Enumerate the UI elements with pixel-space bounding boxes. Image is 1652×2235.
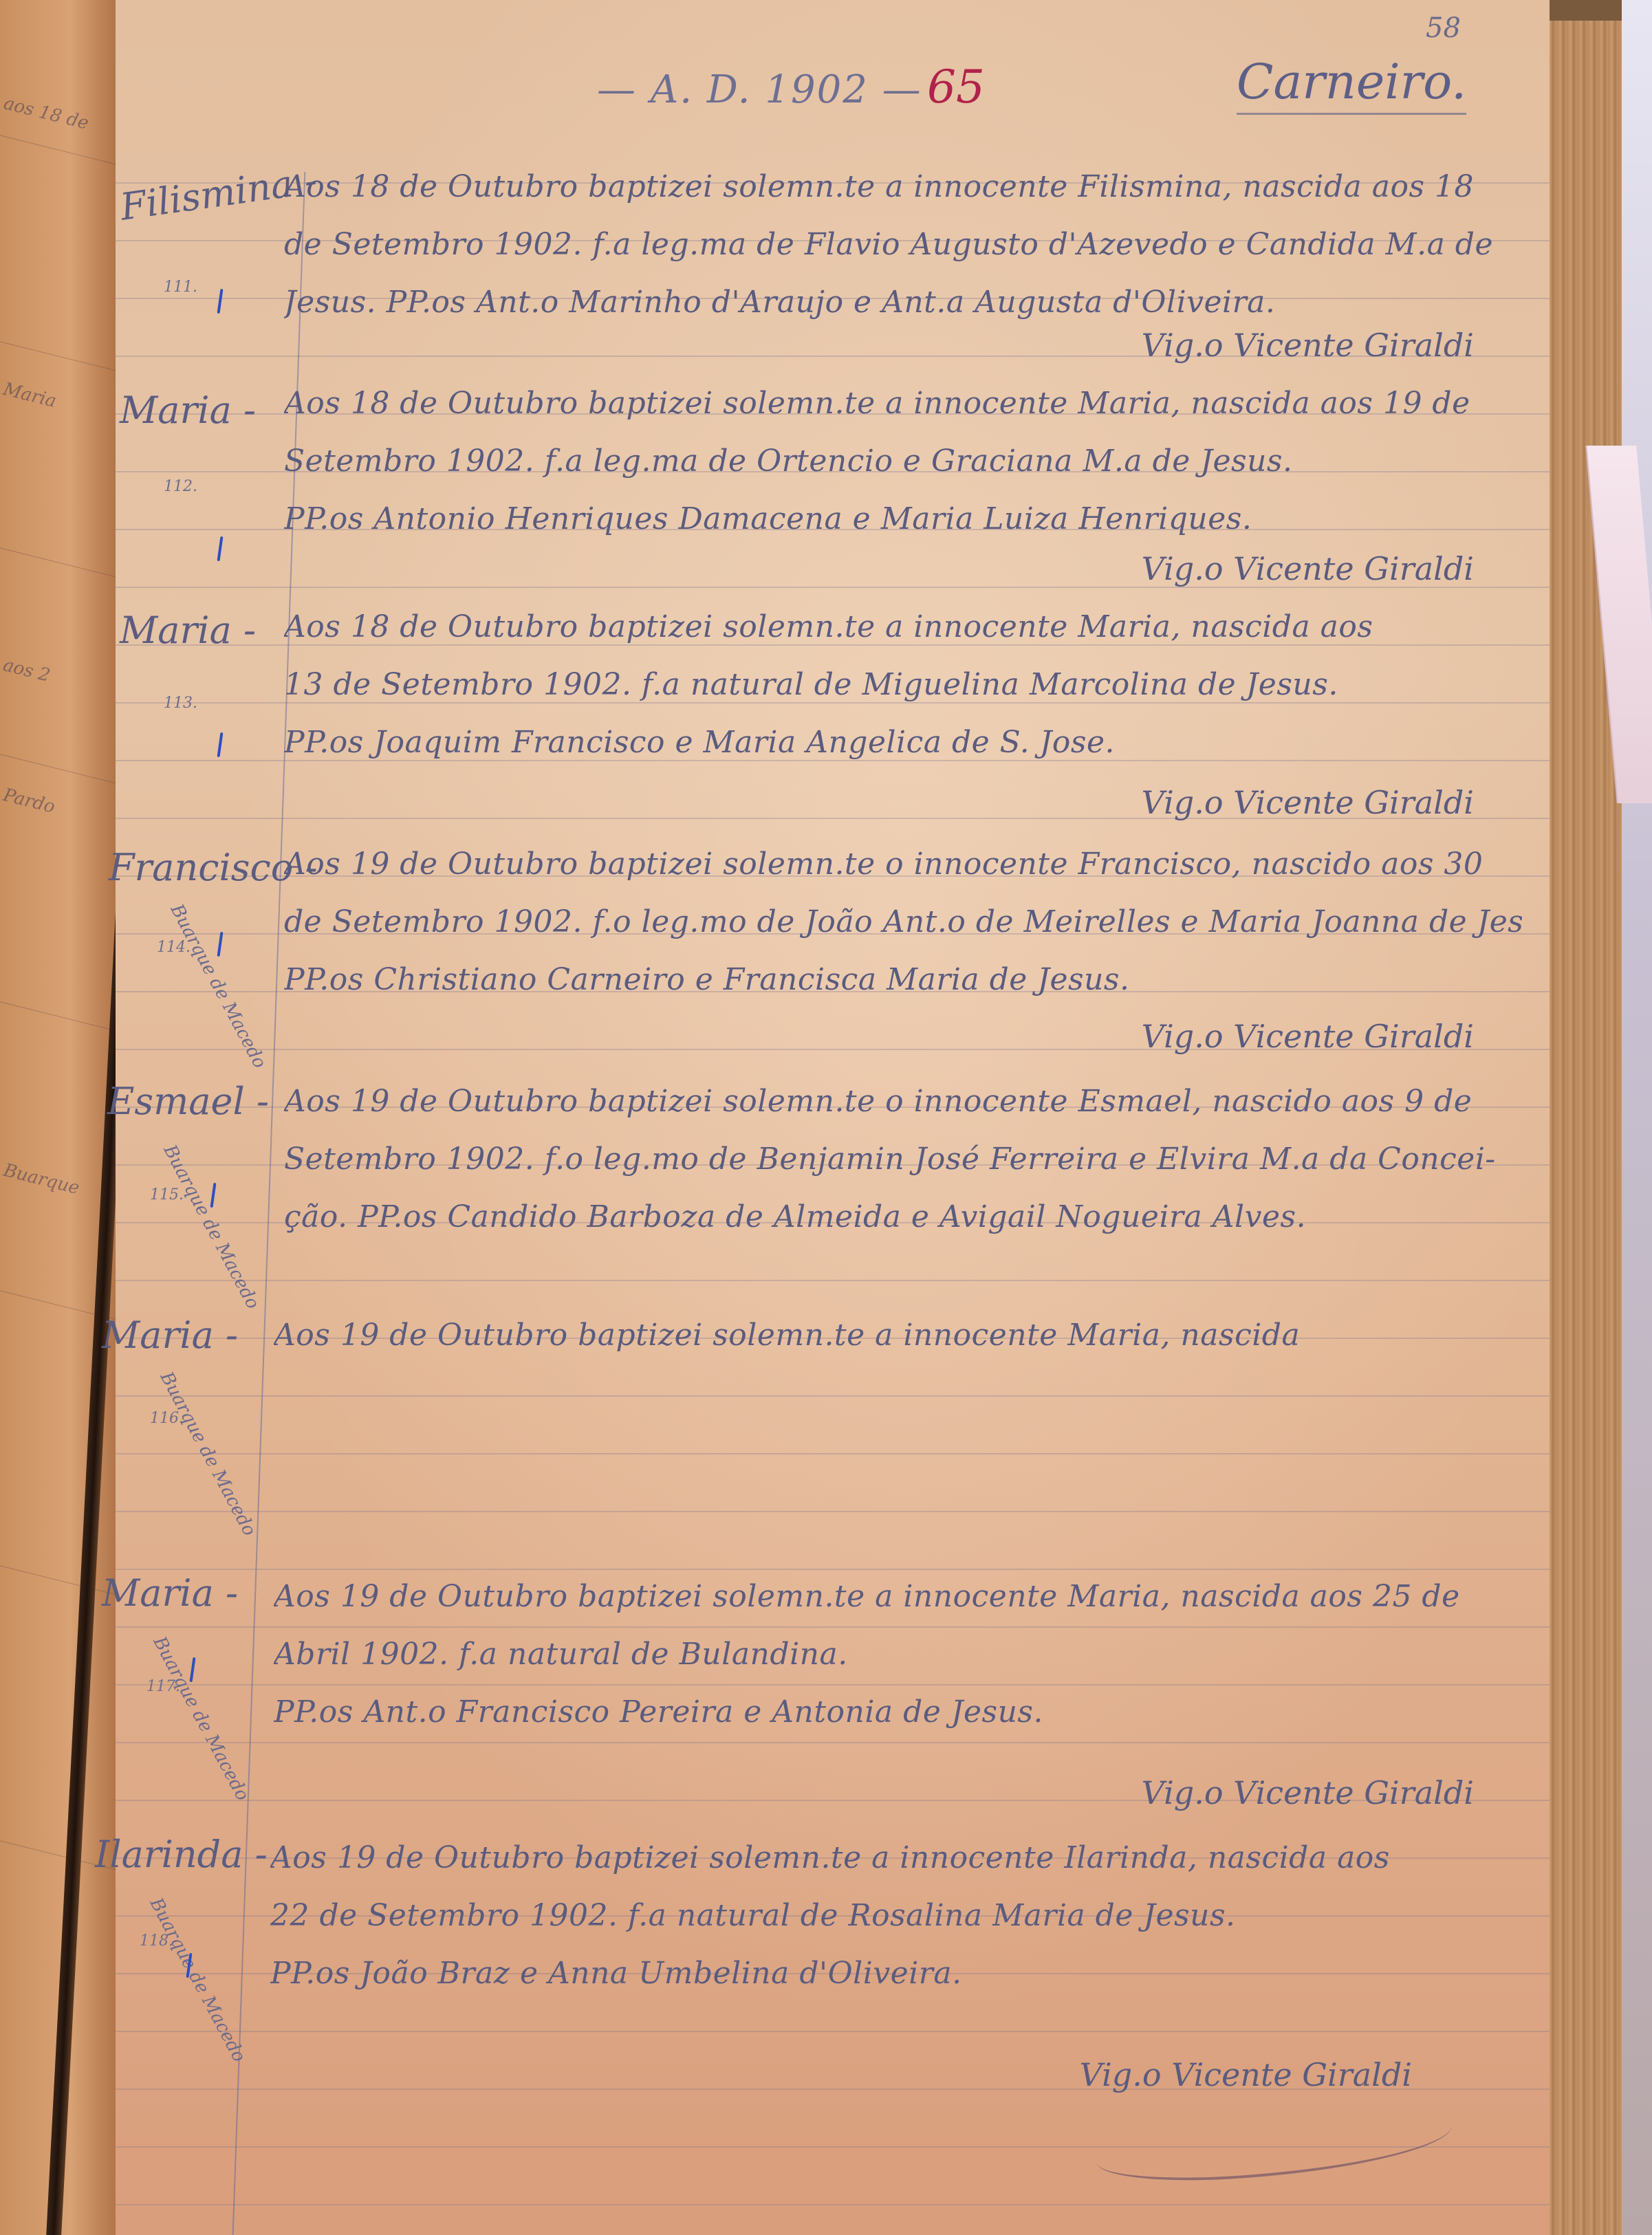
entry-margin: Filismina - 111. — [116, 158, 274, 385]
margin-annotation: Buarque de Macedo — [146, 1895, 250, 2065]
child-name: Maria - — [120, 389, 256, 432]
entry-text: Aos 18 de Outubro baptizei solemn.te a i… — [284, 375, 1522, 548]
entry-line: 22 de Setembro 1902. f.a natural de Rosa… — [270, 1887, 1522, 1945]
entry-line: PP.os Ant.o Francisco Pereira e Antonia … — [274, 1683, 1522, 1741]
page-header: — A. D. 1902 — 65 Carneiro. 58 — [116, 54, 1550, 129]
entry-line: Aos 18 de Outubro baptizei solemn.te a i… — [284, 375, 1522, 433]
entry-line: ção. PP.os Candido Barboza de Almeida e … — [284, 1188, 1522, 1246]
entry-line: PP.os Christiano Carneiro e Francisca Ma… — [284, 951, 1522, 1009]
priest-signature: Vig.o Vicente Giraldi — [1142, 784, 1474, 821]
header-year: — A. D. 1902 — — [597, 67, 922, 112]
check-mark-icon — [217, 536, 224, 561]
entry-line: PP.os Antonio Henriques Damacena e Maria… — [284, 490, 1522, 548]
entry-line: Aos 18 de Outubro baptizei solemn.te a i… — [284, 158, 1522, 216]
entry-line: Setembro 1902. f.a leg.ma de Ortencio e … — [284, 433, 1522, 490]
register-number: 111. — [164, 279, 197, 296]
check-mark-icon — [190, 1657, 196, 1682]
entry-line: PP.os João Braz e Anna Umbelina d'Olivei… — [270, 1945, 1522, 2003]
entry-line: Setembro 1902. f.o leg.mo de Benjamin Jo… — [284, 1131, 1522, 1188]
left-page-fragment: aos 18 de — [1, 93, 91, 134]
entry-line: Abril 1902. f.a natural de Bulandina. — [274, 1626, 1522, 1683]
parish-name: Carneiro. — [1237, 54, 1466, 115]
register-number: 113. — [164, 695, 197, 712]
page-stack-edge — [1545, 21, 1622, 2235]
ruled-line — [0, 545, 117, 584]
margin-annotation: Buarque de Macedo — [160, 1142, 263, 1312]
page-number: 58 — [1426, 12, 1461, 44]
folio-number-red: 65 — [927, 61, 985, 113]
child-name: Maria - — [102, 1571, 238, 1615]
entry-margin: Francisco - 114. Buarque de Macedo — [116, 836, 274, 1062]
entry-line: Jesus. PP.os Ant.o Marinho d'Araujo e An… — [284, 274, 1522, 331]
ruled-line — [0, 132, 117, 171]
background-surface — [1622, 0, 1652, 2235]
entry-line: Aos 19 de Outubro baptizei solemn.te a i… — [270, 1829, 1522, 1887]
entry-line: PP.os Joaquim Francisco e Maria Angelica… — [284, 714, 1522, 772]
entry-line: Aos 18 de Outubro baptizei solemn.te a i… — [284, 598, 1522, 656]
entry-line: Aos 19 de Outubro baptizei solemn.te o i… — [284, 836, 1522, 893]
entry-text: Aos 19 de Outubro baptizei solemn.te a i… — [274, 1307, 1522, 1364]
entry-text: Aos 19 de Outubro baptizei solemn.te a i… — [270, 1829, 1522, 2003]
register-entry: Maria - 112. Aos 18 de Outubro baptizei … — [116, 375, 1550, 602]
entry-margin: Maria - 117. Buarque de Macedo — [116, 1568, 274, 1829]
entry-line: de Setembro 1902. f.o leg.mo de João Ant… — [284, 893, 1522, 951]
margin-annotation: Buarque de Macedo — [166, 901, 270, 1071]
entry-margin: Ilarinda - 118. Buarque de Macedo — [116, 1829, 274, 2187]
margin-annotation: Buarque de Macedo — [149, 1633, 253, 1804]
left-page-fragment: aos 2 — [1, 655, 52, 686]
priest-signature: Vig.o Vicente Giraldi — [1142, 1774, 1474, 1811]
entry-margin: Maria - 113. — [116, 598, 274, 825]
priest-signature: Vig.o Vicente Giraldi — [1142, 1018, 1474, 1055]
left-facing-page: aos 18 de Maria aos 2 Pardo Buarque — [0, 0, 117, 2235]
left-page-fragment: Pardo — [1, 785, 58, 818]
register-entry: Esmael - 115. Buarque de Macedo Aos 19 d… — [116, 1073, 1550, 1300]
entry-text: Aos 19 de Outubro baptizei solemn.te o i… — [284, 1073, 1522, 1246]
check-mark-icon — [217, 932, 224, 957]
entry-line: Aos 19 de Outubro baptizei solemn.te a i… — [274, 1568, 1522, 1626]
register-entry: Filismina - 111. Aos 18 de Outubro bapti… — [116, 158, 1550, 385]
register-entry: Maria - 116. Buarque de Macedo Aos 19 de… — [116, 1307, 1550, 1554]
check-mark-icon — [210, 1183, 217, 1208]
ruled-line — [0, 999, 117, 1038]
entry-text: Aos 18 de Outubro baptizei solemn.te a i… — [284, 598, 1522, 772]
margin-annotation: Buarque de Macedo — [156, 1369, 260, 1539]
entry-line: Aos 19 de Outubro baptizei solemn.te o i… — [284, 1073, 1522, 1131]
register-page: — A. D. 1902 — 65 Carneiro. 58 Filismina… — [116, 0, 1550, 2235]
ruled-line — [0, 338, 117, 378]
entry-text: Aos 19 de Outubro baptizei solemn.te o i… — [284, 836, 1522, 1009]
child-name: Esmael - — [107, 1080, 269, 1123]
register-entry: Maria - 113. Aos 18 de Outubro baptizei … — [116, 598, 1550, 825]
child-name: Ilarinda - — [95, 1833, 268, 1876]
entry-line: de Setembro 1902. f.a leg.ma de Flavio A… — [284, 216, 1522, 274]
register-entry: Francisco - 114. Buarque de Macedo Aos 1… — [116, 836, 1550, 1062]
left-page-fragment: Buarque — [1, 1160, 81, 1199]
priest-signature: Vig.o Vicente Giraldi — [1080, 2056, 1412, 2093]
entry-text: Aos 19 de Outubro baptizei solemn.te a i… — [274, 1568, 1522, 1741]
child-name: Maria - — [102, 1313, 238, 1357]
entry-margin: Maria - 112. — [116, 375, 274, 602]
priest-signature: Vig.o Vicente Giraldi — [1142, 327, 1474, 364]
entry-line: 13 de Setembro 1902. f.a natural de Migu… — [284, 656, 1522, 714]
ruled-line — [0, 751, 117, 790]
check-mark-icon — [217, 289, 224, 314]
entry-text: Aos 18 de Outubro baptizei solemn.te a i… — [284, 158, 1522, 331]
ruled-line — [0, 1562, 117, 1602]
check-mark-icon — [217, 732, 224, 757]
child-name: Maria - — [120, 609, 256, 652]
register-number: 112. — [164, 478, 197, 495]
entry-margin: Esmael - 115. Buarque de Macedo — [116, 1073, 274, 1300]
ruled-line — [116, 2204, 1550, 2205]
entry-margin: Maria - 116. Buarque de Macedo — [116, 1307, 274, 1554]
priest-signature: Vig.o Vicente Giraldi — [1142, 550, 1474, 587]
entry-line: Aos 19 de Outubro baptizei solemn.te a i… — [274, 1307, 1522, 1364]
register-entry: Maria - 117. Buarque de Macedo Aos 19 de… — [116, 1568, 1550, 1829]
left-page-fragment: Maria — [1, 379, 58, 412]
